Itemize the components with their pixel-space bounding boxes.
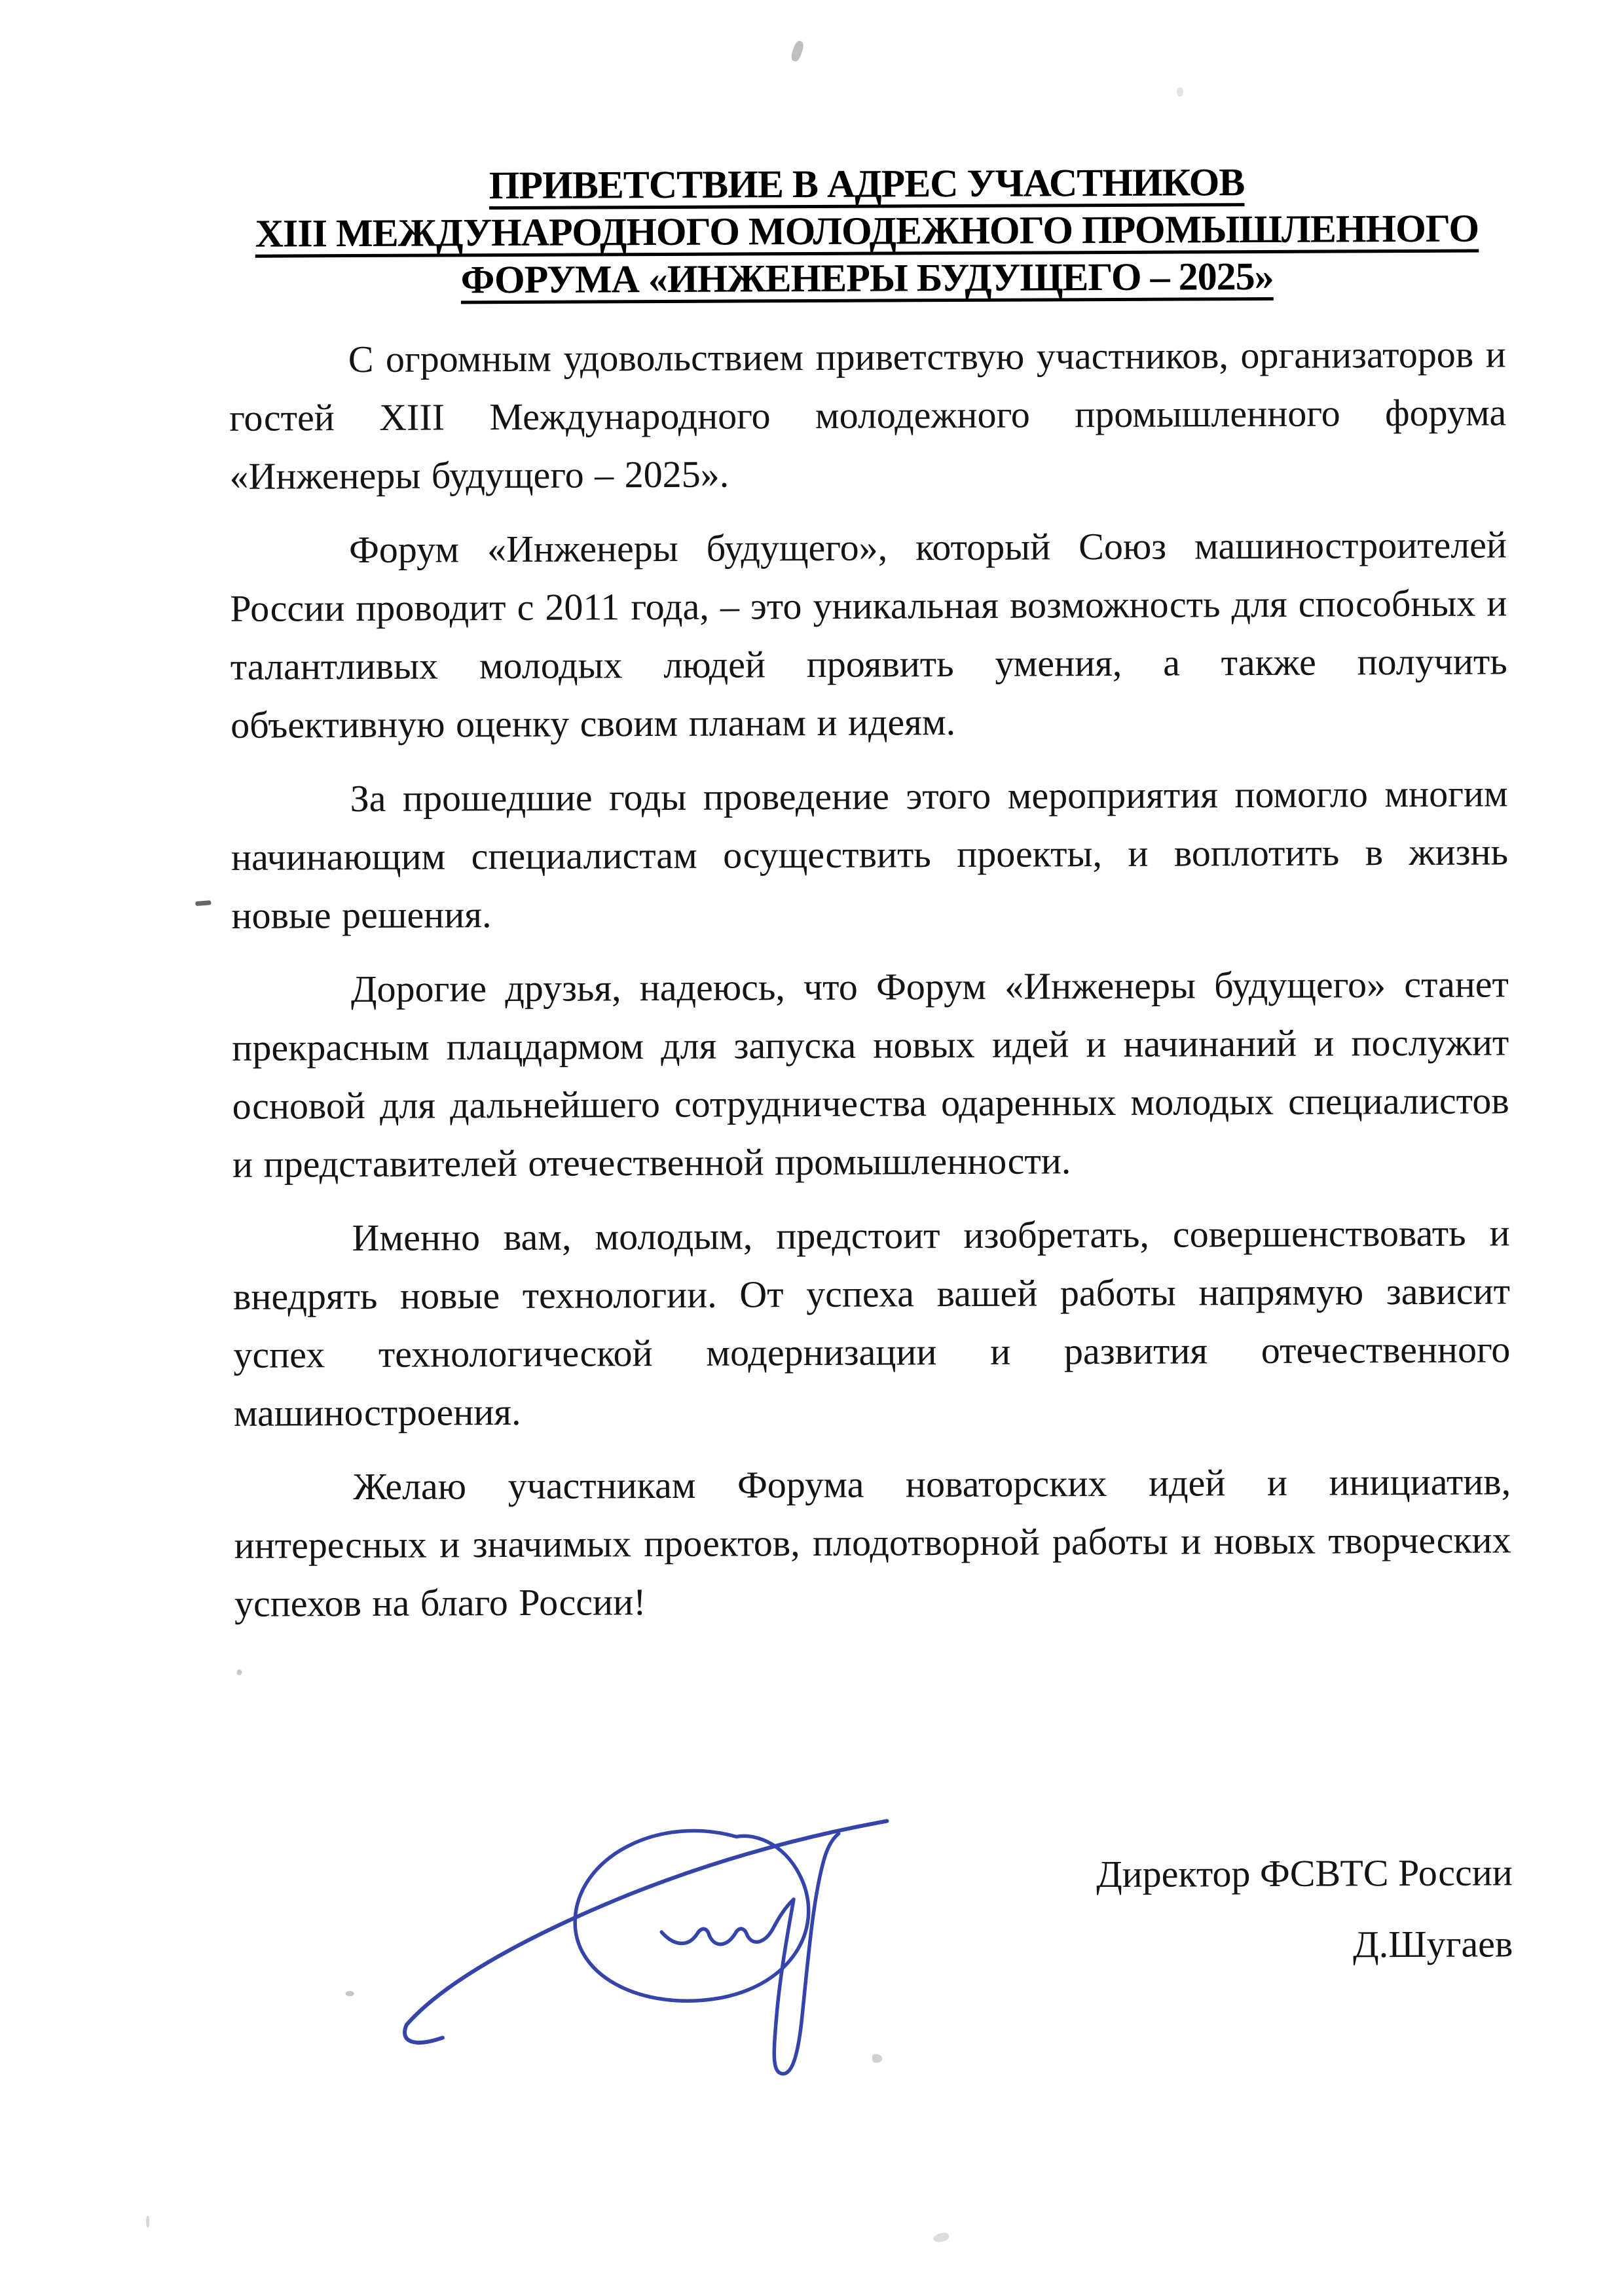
scan-artifact bbox=[1177, 88, 1183, 97]
paragraph-2: Форум «Инженеры будущего», который Союз … bbox=[230, 515, 1508, 754]
scan-artifact bbox=[346, 1991, 354, 1996]
paragraph-5: Именно вам, молодым, предстоит изобретат… bbox=[232, 1203, 1511, 1442]
title-line-1: ПРИВЕТСТВИЕ В АДРЕС УЧАСТНИКОВ bbox=[228, 157, 1505, 210]
paragraph-3: За прошедшие годы проведение этого мероп… bbox=[231, 764, 1508, 945]
scan-artifact bbox=[236, 1669, 242, 1675]
signer-position: Директор ФСВТС России bbox=[236, 1843, 1513, 1907]
scan-artifact bbox=[872, 2054, 882, 2063]
letter-title: ПРИВЕТСТВИЕ В АДРЕС УЧАСТНИКОВ XIII МЕЖД… bbox=[228, 157, 1505, 304]
scanned-letter-page: ПРИВЕТСТВИЕ В АДРЕС УЧАСТНИКОВ XIII МЕЖД… bbox=[0, 0, 1624, 2296]
paragraph-6: Желаю участникам Форума новаторских идей… bbox=[234, 1452, 1511, 1633]
paragraph-1: С огромным удовольствием приветствую уча… bbox=[229, 325, 1507, 505]
title-line-2: XIII МЕЖДУНАРОДНОГО МОЛОДЕЖНОГО ПРОМЫШЛЕ… bbox=[229, 204, 1505, 257]
scan-artifact bbox=[932, 2232, 950, 2243]
scan-artifact bbox=[195, 900, 211, 906]
signoff-block: Директор ФСВТС России Д.Шугаев bbox=[236, 1843, 1513, 1978]
scan-artifact bbox=[790, 40, 805, 63]
letter-content: ПРИВЕТСТВИЕ В АДРЕС УЧАСТНИКОВ XIII МЕЖД… bbox=[228, 157, 1511, 1648]
letter-body: С огромным удовольствием приветствую уча… bbox=[229, 325, 1512, 1632]
signer-name: Д.Шугаев bbox=[236, 1914, 1513, 1978]
scan-sheet: ПРИВЕТСТВИЕ В АДРЕС УЧАСТНИКОВ XIII МЕЖД… bbox=[0, 0, 1624, 2296]
scan-artifact bbox=[146, 2215, 149, 2227]
paragraph-4: Дорогие друзья, надеюсь, что Форум «Инже… bbox=[232, 955, 1510, 1194]
title-line-3: ФОРУМА «ИНЖЕНЕРЫ БУДУЩЕГО – 2025» bbox=[229, 251, 1505, 304]
